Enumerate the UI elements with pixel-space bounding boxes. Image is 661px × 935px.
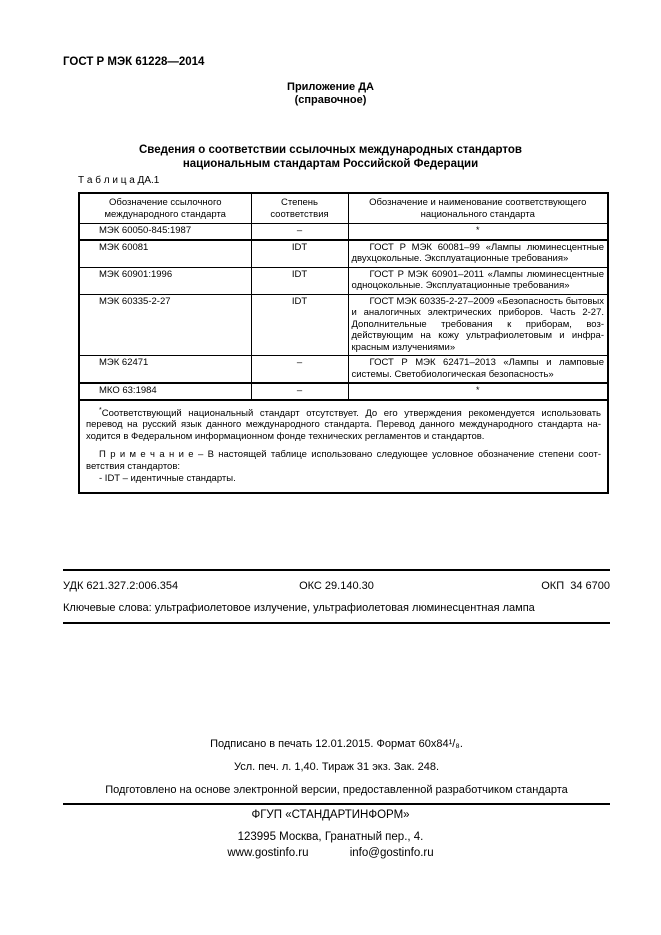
publisher-block: ФГУП «СТАНДАРТИНФОРМ» 123995 Москва, Гра… xyxy=(0,809,661,860)
note-item-idt: - IDT – идентичные стандарты. xyxy=(99,473,601,485)
national-standard-cell: ГОСТ МЭК 60335-2-27–2009 «Безопасность б… xyxy=(348,294,608,356)
degree-cell: IDT xyxy=(251,240,348,268)
annex-heading: Приложение ДА (справочное) xyxy=(0,81,661,107)
national-standard-cell: ГОСТ Р МЭК 62471–2013 «Лампы и ламповые … xyxy=(348,356,608,384)
national-standard-cell: * xyxy=(348,383,608,400)
footnote-cell: *Соответствующий национальный стандарт о… xyxy=(79,400,608,493)
degree-cell: IDT xyxy=(251,267,348,294)
publisher-name: ФГУП «СТАНДАРТИНФОРМ» xyxy=(0,809,661,822)
keywords-line: Ключевые слова: ультрафиолетовое излучен… xyxy=(63,602,610,614)
table-header: Обозначение ссылочного международного ст… xyxy=(79,193,608,224)
header-ref-standard: Обозначение ссылочного международного ст… xyxy=(79,193,251,224)
oks-code: ОКС 29.140.30 xyxy=(245,580,427,592)
publisher-address: 123995 Москва, Гранатный пер., 4. xyxy=(0,831,661,844)
table-row: МЭК 60335-2-27IDTГОСТ МЭК 60335-2-27–200… xyxy=(79,294,608,356)
udk-code: УДК 621.327.2:006.354 xyxy=(63,580,245,592)
imprint-print-info: Подписано в печать 12.01.2015. Формат 60… xyxy=(63,738,610,751)
page-title-line1: Сведения о соответствии ссылочных междун… xyxy=(0,144,661,158)
divider-rule xyxy=(63,803,610,805)
page-title: Сведения о соответствии ссылочных междун… xyxy=(0,144,661,171)
table-row: МЭК 60901:1996IDTГОСТ Р МЭК 60901–2011 «… xyxy=(79,267,608,294)
table-row: МЭК 60081IDTГОСТ Р МЭК 60081–99 «Лампы л… xyxy=(79,240,608,268)
table-row: МЭК 62471–ГОСТ Р МЭК 62471–2013 «Лампы и… xyxy=(79,356,608,384)
codes-section: УДК 621.327.2:006.354 ОКС 29.140.30 ОКП … xyxy=(63,569,610,624)
okp-code: ОКП 34 6700 xyxy=(428,580,610,592)
national-standard-cell: * xyxy=(348,224,608,240)
ref-standard-cell: МЭК 60901:1996 xyxy=(79,267,251,294)
page-title-line2: национальным стандартам Российской Федер… xyxy=(0,158,661,172)
ref-standard-cell: МЭК 60050-845:1987 xyxy=(79,224,251,240)
national-standard-cell: ГОСТ Р МЭК 60901–2011 «Лампы люминесцент… xyxy=(348,267,608,294)
header-national-standard: Обозначение и наименование соответствующ… xyxy=(348,193,608,224)
table-row: МКО 63:1984–* xyxy=(79,383,608,400)
ref-standard-cell: МЭК 62471 xyxy=(79,356,251,384)
degree-cell: – xyxy=(251,356,348,384)
annex-type: (справочное) xyxy=(0,94,661,107)
imprint-block: Подписано в печать 12.01.2015. Формат 60… xyxy=(63,738,610,805)
ref-standard-cell: МЭК 60335-2-27 xyxy=(79,294,251,356)
annex-label: Приложение ДА xyxy=(0,81,661,94)
ref-standard-cell: МЭК 60081 xyxy=(79,240,251,268)
standards-correspondence-table: Обозначение ссылочного международного ст… xyxy=(78,192,609,494)
ref-standard-cell: МКО 63:1984 xyxy=(79,383,251,400)
table-footnote: *Соответствующий национальный стандарт о… xyxy=(79,400,608,493)
degree-cell: – xyxy=(251,224,348,240)
publisher-website: www.gostinfo.ru xyxy=(227,847,308,860)
header-degree: Степень соответствия xyxy=(251,193,348,224)
table-row: МЭК 60050-845:1987–* xyxy=(79,224,608,240)
footnote-note: П р и м е ч а н и е – В настоящей таблиц… xyxy=(86,449,601,472)
national-standard-cell: ГОСТ Р МЭК 60081–99 «Лампы люминесцент­н… xyxy=(348,240,608,268)
degree-cell: – xyxy=(251,383,348,400)
publisher-contacts: www.gostinfo.ru info@gostinfo.ru xyxy=(0,847,661,860)
document-page: ГОСТ Р МЭК 61228—2014 Приложение ДА (спр… xyxy=(0,0,661,935)
degree-cell: IDT xyxy=(251,294,348,356)
imprint-source-note: Подготовлено на основе электронной верси… xyxy=(63,784,610,797)
standards-table-body: МЭК 60050-845:1987–*МЭК 60081IDTГОСТ Р М… xyxy=(79,224,608,400)
publisher-email: info@gostinfo.ru xyxy=(350,847,434,860)
note-label: П р и м е ч а н и е xyxy=(99,449,194,460)
table-caption: Т а б л и ц а ДА.1 xyxy=(78,175,159,186)
doc-number: ГОСТ Р МЭК 61228—2014 xyxy=(63,56,204,68)
footnote-paragraph: *Соответствующий национальный стандарт о… xyxy=(86,405,601,443)
classification-codes: УДК 621.327.2:006.354 ОКС 29.140.30 ОКП … xyxy=(63,580,610,592)
imprint-edition-info: Усл. печ. л. 1,40. Тираж 31 экз. Зак. 24… xyxy=(63,761,610,774)
